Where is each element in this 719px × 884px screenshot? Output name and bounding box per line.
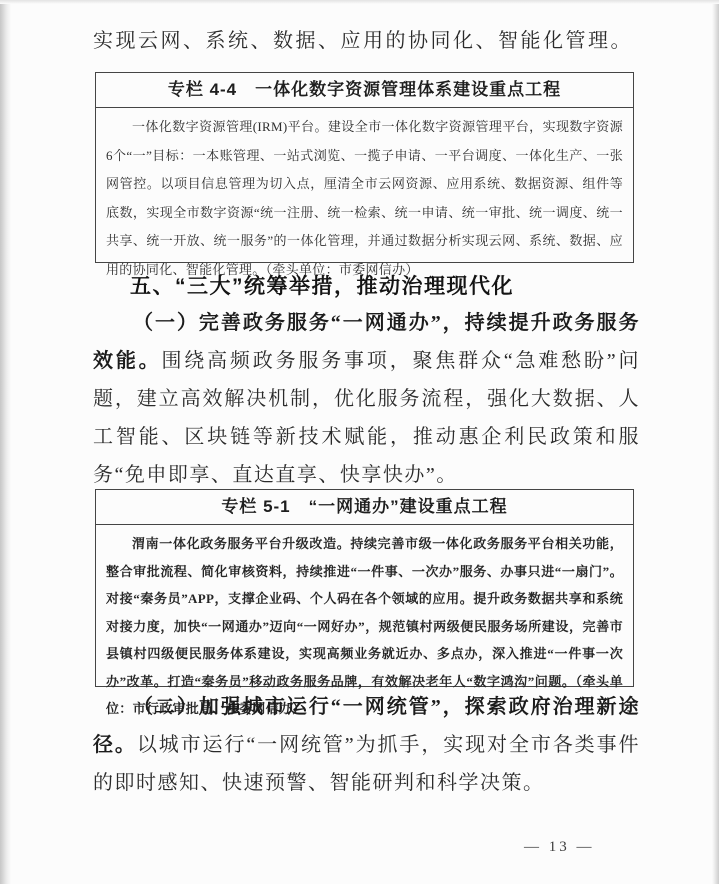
document-page: 实现云网、系统、数据、应用的协同化、智能化管理。 专栏 4-4 一体化数字资源管… bbox=[0, 0, 719, 884]
page-number: — 13 — bbox=[524, 839, 595, 856]
paragraph-continuation: 实现云网、系统、数据、应用的协同化、智能化管理。 bbox=[93, 26, 640, 56]
paragraph-two: （二）加强城市运行“一网统管”，探索政府治理新途径。以城市运行“一网统管”为抓手… bbox=[93, 688, 640, 802]
paragraph-one: （一）完善政务服务“一网通办”，持续提升政务服务效能。围绕高频政务服务事项，聚焦… bbox=[93, 304, 640, 494]
scan-edge-left bbox=[0, 0, 11, 884]
section-heading-five: 五、“三大”统筹举措，推动治理现代化 bbox=[93, 272, 640, 302]
column-box-5-1-title: 专栏 5-1 “一网通办”建设重点工程 bbox=[96, 490, 633, 525]
paragraph-two-rest: 以城市运行“一网统管”为抓手，实现对全市各类事件的即时感知、快速预警、智能研判和… bbox=[93, 734, 640, 794]
scan-edge-top bbox=[0, 0, 719, 4]
column-box-4-4-body: 一体化数字资源管理(IRM)平台。建设全市一体化数字资源管理平台，实现数字资源6… bbox=[96, 108, 633, 284]
column-box-4-4: 专栏 4-4 一体化数字资源管理体系建设重点工程 一体化数字资源管理(IRM)平… bbox=[95, 72, 634, 263]
paragraph-one-rest: 围绕高频政务服务事项，聚焦群众“急难愁盼”问题，建立高效解决机制，优化服务流程，… bbox=[93, 350, 640, 486]
column-box-4-4-title: 专栏 4-4 一体化数字资源管理体系建设重点工程 bbox=[96, 73, 633, 108]
scan-edge-right bbox=[712, 0, 719, 884]
column-box-5-1: 专栏 5-1 “一网通办”建设重点工程 渭南一体化政务服务平台升级改造。持续完善… bbox=[95, 489, 634, 687]
